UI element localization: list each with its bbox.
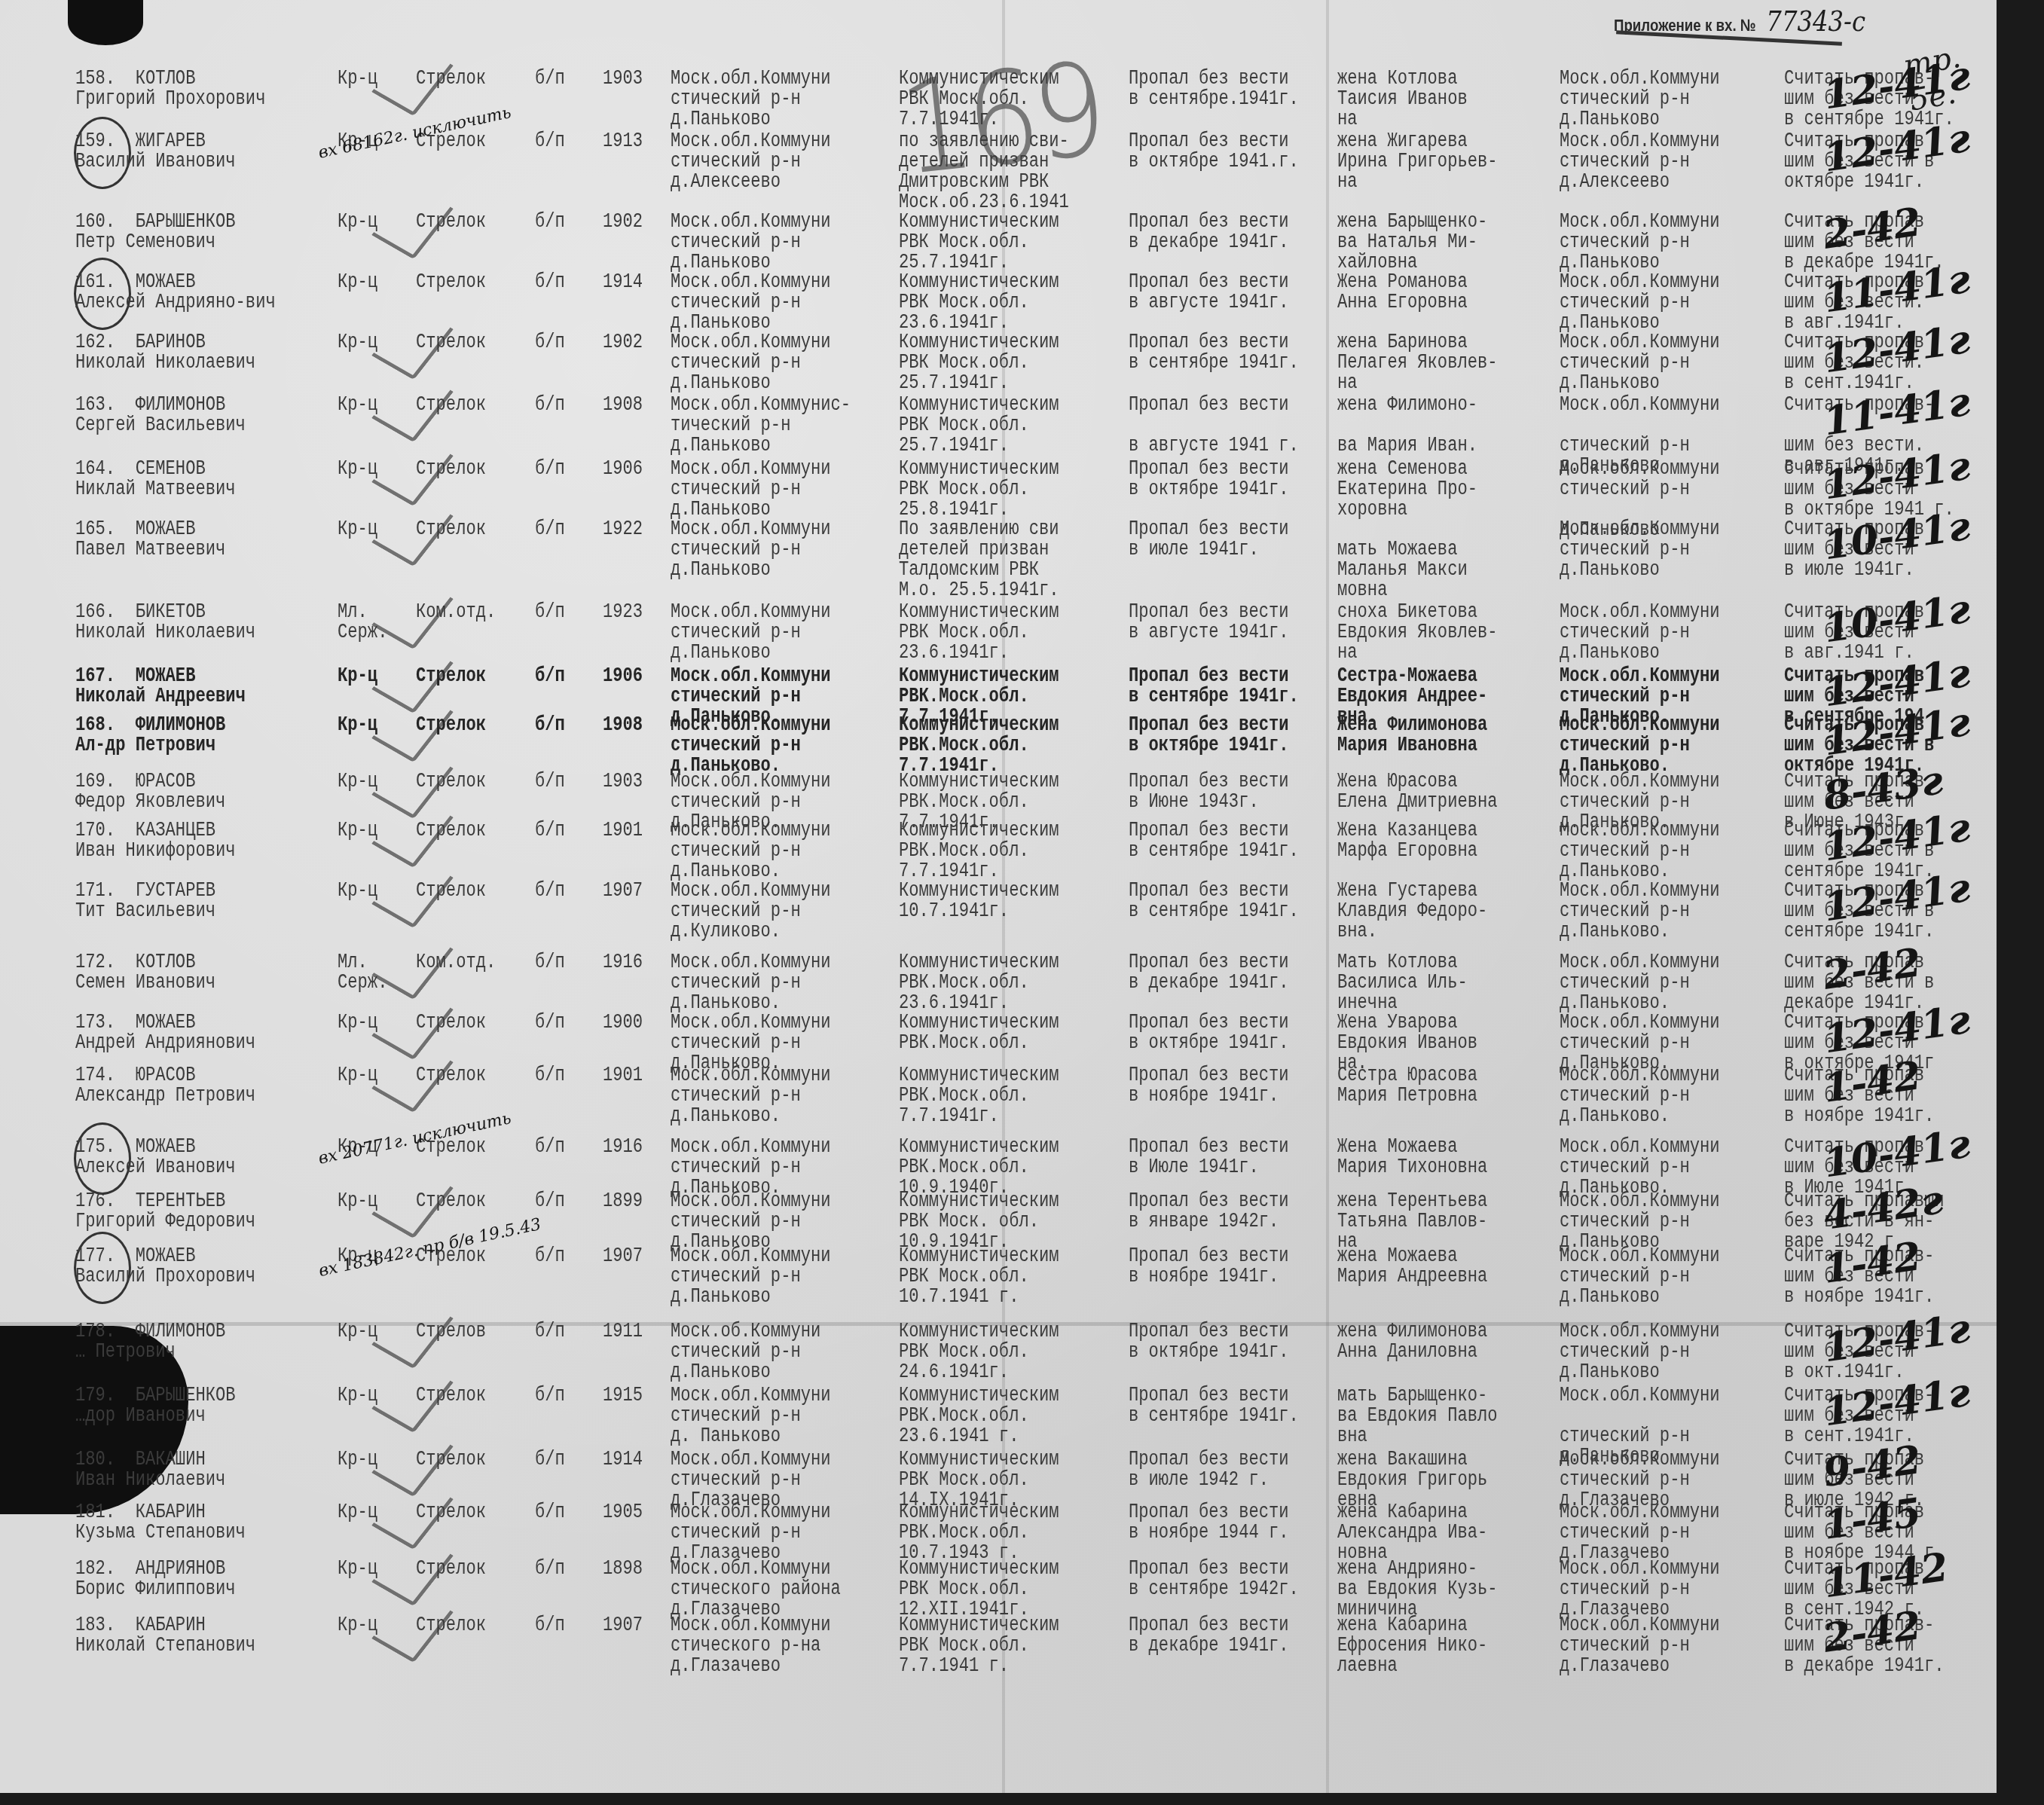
party-status: б/п: [535, 396, 565, 416]
rank: Кр-ц: [338, 1503, 377, 1523]
fate: Пропал без вести в Июне 1943г.: [1129, 772, 1289, 813]
position: Стрелок: [416, 667, 486, 687]
party-status: б/п: [535, 603, 565, 623]
conscription-office: Коммунистическим РВК Моск.обл. 7.7.1941 …: [899, 1616, 1059, 1677]
rank: Кр-ц: [338, 1322, 377, 1342]
fate: Пропал без вести в декабре 1941г.: [1129, 953, 1289, 994]
family-address: Моск.обл.Коммуни стический р-н д.Алексее…: [1560, 132, 1720, 193]
rank: Кр-ц: [338, 716, 377, 736]
family-address: Моск.обл.Коммуни стический р-н д.Паньков…: [1560, 881, 1720, 942]
birth-year: 1901: [603, 1066, 643, 1086]
next-of-kin: сноха Бикетова Евдокия Яковлев- на: [1337, 603, 1498, 664]
soldier-name: 170. КАЗАНЦЕВ Иван Никифорович: [75, 821, 236, 862]
birthplace: Моск.обл.Коммуни стический р-н д.Паньков…: [671, 1192, 831, 1253]
conscription-office: Коммунистическим РВК Моск. обл. 10.9.194…: [899, 1192, 1059, 1253]
fate: Пропал без вести в ноябре 1941г.: [1129, 1247, 1289, 1287]
position: Стрелок: [416, 881, 486, 902]
family-address: Моск.обл.Коммуни стический р-н д.Паньков…: [1560, 273, 1720, 334]
fate: Пропал без вести в сентябре 1942г.: [1129, 1559, 1299, 1600]
conscription-office: Коммунистическим РВК.Моск.обл. 10.9.1940…: [899, 1138, 1059, 1199]
soldier-name: 181. КАБАРИН Кузьма Степанович: [75, 1503, 246, 1544]
position: Стрелок: [416, 1386, 486, 1406]
family-address: Моск.обл.Коммуни стический р-н д.Паньков…: [1560, 603, 1720, 664]
birth-year: 1907: [603, 881, 643, 902]
party-status: б/п: [535, 212, 565, 233]
next-of-kin: жена Терентьева Татьяна Павлов- на: [1337, 1192, 1487, 1253]
rank: Кр-ц: [338, 1559, 377, 1580]
soldier-name: 165. МОЖАЕВ Павел Матвеевич: [75, 520, 225, 560]
rank: Кр-ц: [338, 1450, 377, 1471]
fate: Пропал без вести в сентябре 1941г.: [1129, 881, 1299, 922]
birth-year: 1898: [603, 1559, 643, 1580]
fate: Пропал без вести в октябре 1941г.: [1129, 716, 1289, 756]
rank: Кр-ц: [338, 69, 377, 90]
party-status: б/п: [535, 772, 565, 793]
fate: Пропал без вести в декабре 1941г.: [1129, 1616, 1289, 1657]
position: Стрелок: [416, 520, 486, 540]
fate: Пропал без вести в августе 1941 г.: [1129, 396, 1299, 457]
fate: Пропал без вести в сентябре 1941г.: [1129, 667, 1299, 707]
birthplace: Моск.обл.Коммуни стический р-н д.Паньков…: [671, 273, 831, 334]
family-address: Моск.обл.Коммуни стический р-н д.Паньков…: [1560, 1192, 1720, 1253]
birthplace: Моск.обл.Коммуни стический р-н д.Паньков…: [671, 212, 831, 273]
rank: Кр-ц: [338, 772, 377, 793]
birth-year: 1914: [603, 1450, 643, 1471]
handwritten-date: 12-41г: [1822, 66, 1971, 106]
soldier-name: 173. МОЖАЕВ Андрей Андриянович: [75, 1013, 255, 1054]
handwritten-date: 12-41г: [1822, 1318, 1971, 1359]
birthplace: Моск.обл.Коммуни стический р-н д. Панько…: [671, 1386, 831, 1447]
position: Стрелок: [416, 273, 486, 293]
soldier-name: 158. КОТЛОВ Григорий Прохорович: [75, 69, 265, 110]
party-status: б/п: [535, 1013, 565, 1034]
next-of-kin: жена Кабарина Александра Ива- новна: [1337, 1503, 1487, 1564]
party-status: б/п: [535, 1322, 565, 1342]
next-of-kin: жена Кабарина Ефросения Нико- лаевна: [1337, 1616, 1487, 1677]
conscription-office: По заявлению сви детелей призван Талдомс…: [899, 520, 1059, 601]
handwritten-date: 4-42г: [1822, 1190, 1945, 1226]
birthplace: Моск.обл.Коммуни стический р-н д.Алексее…: [671, 132, 831, 193]
conscription-office: Коммунистическим РВК.Моск.обл.: [899, 1013, 1059, 1054]
party-status: б/п: [535, 1450, 565, 1471]
next-of-kin: жена Семенова Екатерина Про- хоровна: [1337, 460, 1477, 521]
soldier-name: 178. ФИЛИМОНОВ … Петрович: [75, 1322, 225, 1363]
soldier-name: 176. ТЕРЕНТЬЕВ Григорий Федорович: [75, 1192, 255, 1232]
party-status: б/п: [535, 1247, 565, 1267]
party-status: б/п: [535, 460, 565, 480]
soldier-name: 171. ГУСТАРЕВ Тит Васильевич: [75, 881, 215, 922]
position: Ком.отд.: [416, 953, 496, 973]
fate: Пропал без вести в сентябре 1941г.: [1129, 333, 1299, 374]
position: Стрелок: [416, 1450, 486, 1471]
fate: Пропал без вести в декабре 1941г.: [1129, 212, 1289, 253]
handwritten-date: 9-42: [1822, 1449, 1923, 1483]
handwritten-date: 12-41г: [1822, 456, 1971, 496]
party-status: б/п: [535, 821, 565, 841]
fate: Пропал без вести в ноябре 1944 г.: [1129, 1503, 1289, 1544]
birthplace: Моск.обл.Коммуни стический р-н д.Паньков…: [671, 953, 831, 1014]
birth-year: 1907: [603, 1616, 643, 1636]
party-status: б/п: [535, 953, 565, 973]
birth-year: 1902: [603, 212, 643, 233]
party-status: б/п: [535, 1559, 565, 1580]
position: Стрелок: [416, 772, 486, 793]
birth-year: 1905: [603, 1503, 643, 1523]
rank: Кр-ц: [338, 333, 377, 353]
family-address: Моск.обл.Коммуни стический р-н д.Паньков…: [1560, 1247, 1720, 1308]
soldier-name: 168. ФИЛИМОНОВ Ал-др Петрович: [75, 716, 225, 756]
handwritten-date: 12-41г: [1822, 128, 1971, 169]
soldier-name: 182. АНДРИЯНОВ Борис Филиппович: [75, 1559, 236, 1600]
birth-year: 1903: [603, 69, 643, 90]
family-address: Моск.обл.Коммуни стический р-н д.Паньков…: [1560, 821, 1720, 882]
family-address: Моск.обл.Коммуни стический р-н д.Глазаче…: [1560, 1616, 1720, 1677]
conscription-office: Коммунистическим РВК Моск.обл. 23.6.1941…: [899, 603, 1059, 664]
next-of-kin: жена Баринова Пелагея Яковлев- на: [1337, 333, 1498, 394]
position: Стрелок: [416, 821, 486, 841]
birthplace: Моск.обл.Коммуни стический р-н д.Паньков…: [671, 1066, 831, 1127]
birthplace: Моск.обл.Коммуни стический р-н д.Паньков…: [671, 603, 831, 664]
handwritten-date: 2-42: [1822, 952, 1923, 986]
fate: Пропал без вести в августе 1941г.: [1129, 603, 1289, 643]
fate: Пропал без вести в октябре 1941.г.: [1129, 132, 1299, 173]
rank: Кр-ц: [338, 821, 377, 841]
conscription-office: Коммунистическим РВК Моск.обл. 25.7.1941…: [899, 212, 1059, 273]
party-status: б/п: [535, 881, 565, 902]
rank: Кр-ц: [338, 1192, 377, 1212]
soldier-name: 183. КАБАРИН Николай Степанович: [75, 1616, 255, 1657]
rank: Кр-ц: [338, 881, 377, 902]
family-address: Моск.обл.Коммуни стический р-н д.Паньков…: [1560, 953, 1720, 1014]
soldier-name: 164. СЕМЕНОВ Никлай Матвеевич: [75, 460, 236, 500]
birth-year: 1902: [603, 333, 643, 353]
handwritten-date: 1-42: [1822, 1246, 1923, 1280]
birth-year: 1901: [603, 821, 643, 841]
handwritten-date: 11-41г: [1822, 392, 1971, 432]
conscription-office: по заявлению сви- детелей призван Дмитро…: [899, 132, 1069, 213]
handwritten-date: 11-41г: [1822, 269, 1971, 310]
next-of-kin: Сестра Юрасова Мария Петровна: [1337, 1066, 1477, 1107]
birth-year: 1922: [603, 520, 643, 540]
conscription-office: Коммунистическим РВК Моск.обл. 25.7.1941…: [899, 396, 1059, 457]
fate: Пропал без вести в сентябре 1941г.: [1129, 821, 1299, 862]
birth-year: 1915: [603, 1386, 643, 1406]
position: Стрелок: [416, 1559, 486, 1580]
birth-year: 1903: [603, 772, 643, 793]
birthplace: Моск.обл.Коммуни стический р-н д.Куликов…: [671, 881, 831, 942]
birth-year: 1906: [603, 667, 643, 687]
soldier-name: 162. БАРИНОВ Николай Николаевич: [75, 333, 255, 374]
soldier-name: 172. КОТЛОВ Семен Иванович: [75, 953, 215, 994]
paper-tear: [68, 0, 143, 45]
rank: Кр-ц: [338, 1616, 377, 1636]
soldier-name: 166. БИКЕТОВ Николай Николаевич: [75, 603, 255, 643]
birth-year: 1899: [603, 1192, 643, 1212]
handwritten-date: 10-41г: [1822, 599, 1971, 640]
conscription-office: Коммунистическим РВК.Моск.обл. 23.6.1941…: [899, 1386, 1059, 1447]
party-status: б/п: [535, 1066, 565, 1086]
family-address: Моск.обл.Коммуни стический р-н д.Паньков…: [1560, 212, 1720, 273]
party-status: б/п: [535, 716, 565, 736]
family-address: Моск.обл.Коммуни стический р-н д.Паньков…: [1560, 1322, 1720, 1383]
rank: Кр-ц: [338, 212, 377, 233]
handwritten-date: 1-45: [1822, 1502, 1923, 1536]
conscription-office: Коммунистическим 10.7.1941г.: [899, 881, 1059, 922]
birth-year: 1906: [603, 460, 643, 480]
family-address: Моск.обл.Коммуни стический р-н д.Паньков…: [1560, 1138, 1720, 1199]
birthplace: Моск.обл.Коммуни стический р-н д.Паньков…: [671, 69, 831, 130]
family-address: Моск.обл.Коммуни стический р-н д.Глазаче…: [1560, 1503, 1720, 1564]
handwritten-date: 12-41г: [1822, 1382, 1971, 1423]
birthplace: Моск.обл.Коммуни стический р-н д.Паньков…: [671, 1138, 831, 1199]
next-of-kin: жена Филимонова Анна Даниловна: [1337, 1322, 1487, 1363]
birth-year: 1908: [603, 716, 643, 736]
soldier-name: 175. МОЖАЕВ Алексей Иванович: [75, 1138, 236, 1178]
party-status: б/п: [535, 1503, 565, 1523]
next-of-kin: Мать Котлова Василиса Иль- инечна: [1337, 953, 1468, 1014]
birthplace: Моск.обл.Коммуни стический р-н д.Паньков…: [671, 333, 831, 394]
conscription-office: Коммунистическим РВК.Моск.обл. 7.7.1941г…: [899, 716, 1059, 777]
fate: Пропал без вести в октябре 1941г.: [1129, 1013, 1289, 1054]
conscription-office: Коммунистическим РВК Моск.обл. 25.8.1941…: [899, 460, 1059, 521]
next-of-kin: жена Барыщенко- ва Наталья Ми- хайловна: [1337, 212, 1487, 273]
party-status: б/п: [535, 69, 565, 90]
birth-year: 1907: [603, 1247, 643, 1267]
rank: Кр-ц: [338, 1066, 377, 1086]
position: Стрелок: [416, 1066, 486, 1086]
fate: Пропал без вести в сентябре 1941г.: [1129, 1386, 1299, 1427]
fate: Пропал без вести в октябре 1941г.: [1129, 460, 1289, 500]
rank: Кр-ц: [338, 667, 377, 687]
next-of-kin: Жена Филимонова Мария Ивановна: [1337, 716, 1487, 756]
handwritten-date: 12-41г: [1822, 712, 1971, 753]
soldier-name: 160. БАРЫШЕНКОВ Петр Семенович: [75, 212, 236, 253]
soldier-name: 159. ЖИГАРЕВ Василий Иванович: [75, 132, 236, 173]
fate: Пропал без вести в июле 1942 г.: [1129, 1450, 1289, 1491]
fate: Пропал без вести в сентябре.1941г.: [1129, 69, 1299, 110]
birth-year: 1913: [603, 132, 643, 152]
handwritten-date: 12-41г: [1822, 329, 1971, 370]
rank: Мл. Серж.: [338, 603, 387, 643]
fate: Пропал без вести в Июле 1941г.: [1129, 1138, 1289, 1178]
next-of-kin: Жена Казанцева Марфа Егоровна: [1337, 821, 1477, 862]
next-of-kin: Жена Можаева Мария Тихоновна: [1337, 1138, 1487, 1178]
fate: Пропал без вести в октябре 1941г.: [1129, 1322, 1289, 1363]
fate: Пропал без вести в июле 1941г.: [1129, 520, 1289, 560]
family-address: Моск.обл.Коммуни стический р-н д.Паньков…: [1560, 1066, 1720, 1127]
rank: Мл. Серж.: [338, 953, 387, 994]
family-address: Моск.обл.Коммуни стический р-н д.Паньков…: [1560, 333, 1720, 394]
handwritten-date: 11-42: [1822, 1557, 1949, 1595]
family-address: Моск.обл.Коммуни стический р-н д.Паньков…: [1560, 520, 1720, 581]
family-address: Моск.обл.Коммуни стический р-н д.Паньков…: [1560, 716, 1720, 777]
handwritten-date: 12-41г: [1822, 817, 1971, 858]
next-of-kin: жена Андрияно- ва Евдокия Кузь- миничина: [1337, 1559, 1498, 1620]
party-status: б/п: [535, 520, 565, 540]
conscription-office: Коммунистическим РВК Моск.обл. 24.6.1941…: [899, 1322, 1059, 1383]
conscription-office: Коммунистическим РВК Моск.обл. 10.7.1941…: [899, 1247, 1059, 1308]
soldier-name: 179. БАРЫШЕНКОВ …дор Иванович: [75, 1386, 236, 1427]
next-of-kin: жена Филимоно- ва Мария Иван.: [1337, 396, 1477, 457]
position: Стрелок: [416, 1503, 486, 1523]
fate: Пропал без вести в январе 1942г.: [1129, 1192, 1289, 1232]
birthplace: Моск.обл.Коммунис- тический р-н д.Панько…: [671, 396, 851, 457]
conscription-office: Коммунистическим РВК Моск.обл. 12.XII.19…: [899, 1559, 1059, 1620]
party-status: б/п: [535, 1616, 565, 1636]
conscription-office: Коммунистическим РВК Моск.обл. 25.7.1941…: [899, 333, 1059, 394]
conscription-office: Коммунистическим РВК.Моск.обл. 23.6.1941…: [899, 953, 1059, 1014]
soldier-name: 161. МОЖАЕВ Алексей Андрияно-вич: [75, 273, 276, 313]
position: Стрелов: [416, 1322, 486, 1342]
birthplace: Моск.об.Коммуни стический р-н д.Паньково: [671, 1322, 820, 1383]
rank: Кр-ц: [338, 460, 377, 480]
birth-year: 1908: [603, 396, 643, 416]
birth-year: 1900: [603, 1013, 643, 1034]
fate: Пропал без вести в августе 1941г.: [1129, 273, 1289, 313]
next-of-kin: Жена Густарева Клавдия Федоро- вна.: [1337, 881, 1487, 942]
birth-year: 1916: [603, 1138, 643, 1158]
conscription-office: Коммунистическим РВК Моск.обл. 7.7.1941г…: [899, 69, 1059, 130]
rank: Кр-ц: [338, 1386, 377, 1406]
rank: Кр-ц: [338, 1013, 377, 1034]
position: Стрелок: [416, 396, 486, 416]
party-status: б/п: [535, 1138, 565, 1158]
handwritten-date: 10-41г: [1822, 1134, 1971, 1174]
rank: Кр-ц: [338, 273, 377, 293]
next-of-kin: Жена Юрасова Елена Дмитриевна: [1337, 772, 1498, 813]
rank: Кр-ц: [338, 396, 377, 416]
birthplace: Моск.обл.Коммуни стический р-н д.Глазаче…: [671, 1503, 831, 1564]
header-number: 77343-с: [1766, 5, 1865, 38]
position: Ком.отд.: [416, 603, 496, 623]
position: Стрелок: [416, 69, 486, 90]
party-status: б/п: [535, 333, 565, 353]
soldier-name: 163. ФИЛИМОНОВ Сергей Васильевич: [75, 396, 246, 436]
party-status: б/п: [535, 1192, 565, 1212]
birthplace: Моск.обл.Коммуни стический р-н д.Паньков…: [671, 1247, 831, 1308]
family-address: Моск.обл.Коммуни стический р-н д.Паньков…: [1560, 69, 1720, 130]
conscription-office: Коммунистическим РВК.Моск.обл. 7.7.1941г…: [899, 1066, 1059, 1127]
handwritten-date: 10-41г: [1822, 516, 1971, 557]
next-of-kin: жена Котлова Таисия Иванов на: [1337, 69, 1468, 130]
document-sheet: Приложение к вх. № 77343-с тр. 5е. 169 1…: [0, 0, 1997, 1793]
party-status: б/п: [535, 667, 565, 687]
soldier-name: 167. МОЖАЕВ Николай Андреевич: [75, 667, 246, 707]
next-of-kin: мать Барыщенко- ва Евдокия Павло вна: [1337, 1386, 1498, 1447]
birthplace: Моск.обл.Коммуни стический р-н д.Паньков…: [671, 520, 831, 581]
next-of-kin: мать Можаева Маланья Макси мовна: [1337, 520, 1468, 601]
birth-year: 1923: [603, 603, 643, 623]
next-of-kin: жена Можаева Мария Андреевна: [1337, 1247, 1487, 1287]
handwritten-date: 2-42: [1822, 1615, 1923, 1649]
party-status: б/п: [535, 1386, 565, 1406]
next-of-kin: Жена Романова Анна Егоровна: [1337, 273, 1468, 313]
handwritten-date: 8-43г: [1822, 770, 1945, 807]
birth-year: 1916: [603, 953, 643, 973]
birthplace: Моск.обл.Коммуни стического р-на д.Глаза…: [671, 1616, 831, 1677]
birth-year: 1914: [603, 273, 643, 293]
handwritten-date: 12-41г: [1822, 663, 1971, 704]
handwritten-date: 12-41г: [1822, 1009, 1971, 1050]
position: Стрелок: [416, 716, 486, 736]
handwritten-date: 1-42: [1822, 1065, 1923, 1099]
position: Стрелок: [416, 1616, 486, 1636]
family-address: Моск.обл.Коммуни стический р-н д.Глазаче…: [1560, 1559, 1720, 1620]
soldier-name: 177. МОЖАЕВ Василий Прохорович: [75, 1247, 255, 1287]
next-of-kin: жена Жигарева Ирина Григорьев- на: [1337, 132, 1498, 193]
birthplace: Моск.обл.Коммуни стического района д.Гла…: [671, 1559, 841, 1620]
position: Стрелок: [416, 333, 486, 353]
party-status: б/п: [535, 273, 565, 293]
rank: Кр-ц: [338, 520, 377, 540]
birthplace: Моск.обл.Коммуни стический р-н д.Паньков…: [671, 716, 831, 777]
handwritten-date: 2-42: [1822, 212, 1923, 246]
birth-year: 1911: [603, 1322, 643, 1342]
soldier-name: 169. ЮРАСОВ Федор Яковлевич: [75, 772, 225, 813]
conscription-office: Коммунистическим РВК Моск.обл. 23.6.1941…: [899, 273, 1059, 334]
position: Стрелок: [416, 212, 486, 233]
position: Стрелок: [416, 1192, 486, 1212]
soldier-name: 180. ВАКАШИН Иван Николаевич: [75, 1450, 225, 1491]
birthplace: Моск.обл.Коммуни стический р-н д.Паньков…: [671, 821, 831, 882]
soldier-name: 174. ЮРАСОВ Александр Петрович: [75, 1066, 255, 1107]
party-status: б/п: [535, 132, 565, 152]
conscription-office: Коммунистическим РВК.Моск.обл. 7.7.1941г…: [899, 821, 1059, 882]
birthplace: Моск.обл.Коммуни стический р-н д.Паньков…: [671, 460, 831, 521]
position: Стрелок: [416, 1013, 486, 1034]
handwritten-date: 12-41г: [1822, 878, 1971, 918]
fate: Пропал без вести в ноябре 1941г.: [1129, 1066, 1289, 1107]
conscription-office: Коммунистическим РВК.Моск.обл. 10.7.1943…: [899, 1503, 1059, 1564]
position: Стрелок: [416, 460, 486, 480]
fold-line: [1326, 0, 1329, 1793]
